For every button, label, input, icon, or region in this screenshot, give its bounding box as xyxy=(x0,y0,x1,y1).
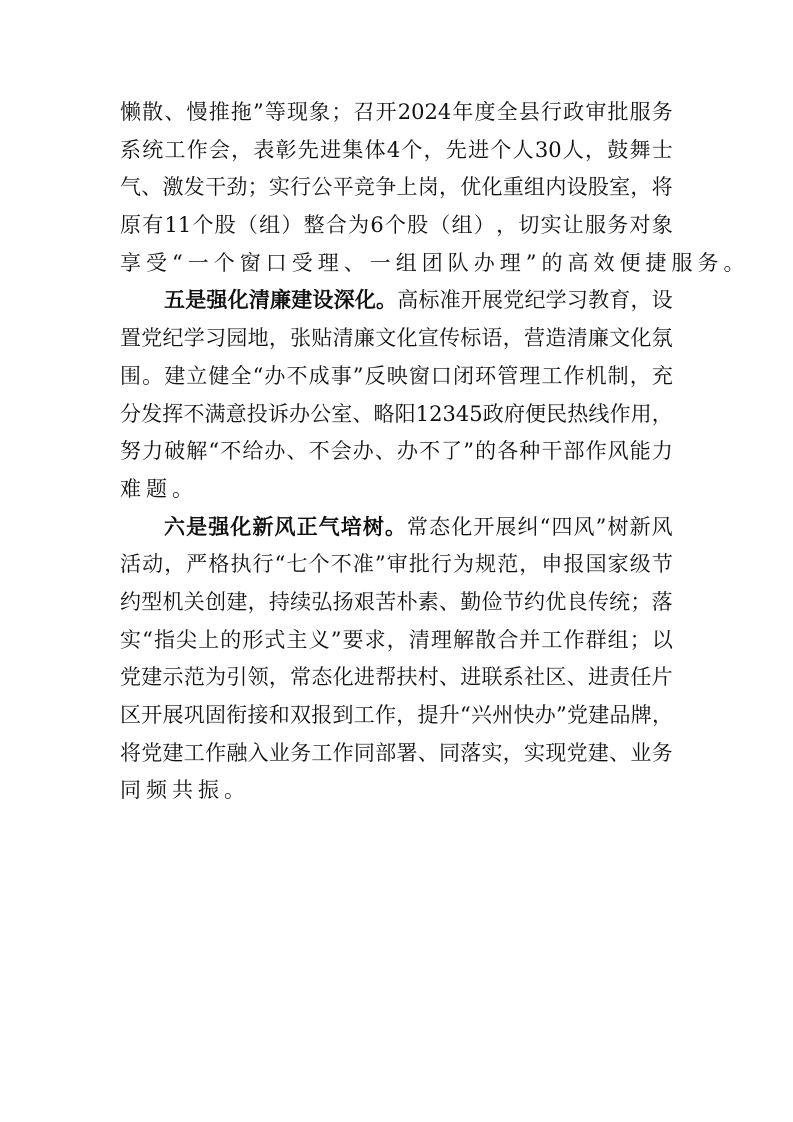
text-line: 享受“一个窗口受理、一组团队办理”的高效便捷服务。 xyxy=(120,245,673,283)
text-line: 原有11个股（组）整合为6个股（组），切实让服务对象 xyxy=(120,207,673,245)
text-line: 系统工作会，表彰先进集体4个，先进个人30人，鼓舞士 xyxy=(120,132,673,170)
text-line: 实“指尖上的形式主义”要求，清理解散合并工作群组；以 xyxy=(120,622,673,660)
text-line: 活动，严格执行“七个不准”审批行为规范，申报国家级节 xyxy=(120,546,673,584)
text-line: 置党纪学习园地，张贴清廉文化宣传标语，营造清廉文化氛 xyxy=(120,320,673,358)
text-line: 分发挥不满意投诉办公室、略阳12345政府便民热线作用， xyxy=(120,396,673,434)
text-line: 围。建立健全“办不成事”反映窗口闭环管理工作机制，充 xyxy=(120,358,673,396)
text-line: 气、激发干劲；实行公平竞争上岗，优化重组内设股室，将 xyxy=(120,169,673,207)
document-page: 懒散、慢推拖”等现象；召开2024年度全县行政审批服务 系统工作会，表彰先进集体… xyxy=(120,94,673,810)
text-line: 努力破解“不给办、不会办、办不了”的各种干部作风能力 xyxy=(120,433,673,471)
text-line: 将党建工作融入业务工作同部署、同落实，实现党建、业务 xyxy=(120,735,673,773)
text-line: 同频共振。 xyxy=(120,772,673,810)
paragraph-continued: 懒散、慢推拖”等现象；召开2024年度全县行政审批服务 系统工作会，表彰先进集体… xyxy=(120,94,673,282)
text-line: 区开展巩固衔接和双报到工作，提升“兴州快办”党建品牌， xyxy=(120,697,673,735)
paragraph-six: 六是强化新风正气培树。常态化开展纠“四风”树新风 活动，严格执行“七个不准”审批… xyxy=(120,509,673,811)
text-line-with-heading: 五是强化清廉建设深化。高标准开展党纪学习教育，设 xyxy=(120,282,673,320)
text-line: 党建示范为引领，常态化进帮扶村、进联系社区、进责任片 xyxy=(120,659,673,697)
text-line-with-heading: 六是强化新风正气培树。常态化开展纠“四风”树新风 xyxy=(120,509,673,547)
paragraph-five: 五是强化清廉建设深化。高标准开展党纪学习教育，设 置党纪学习园地，张贴清廉文化宣… xyxy=(120,282,673,508)
text-line: 约型机关创建，持续弘扬艰苦朴素、勤俭节约优良传统；落 xyxy=(120,584,673,622)
text-line: 懒散、慢推拖”等现象；召开2024年度全县行政审批服务 xyxy=(120,94,673,132)
text-line: 难题。 xyxy=(120,471,673,509)
